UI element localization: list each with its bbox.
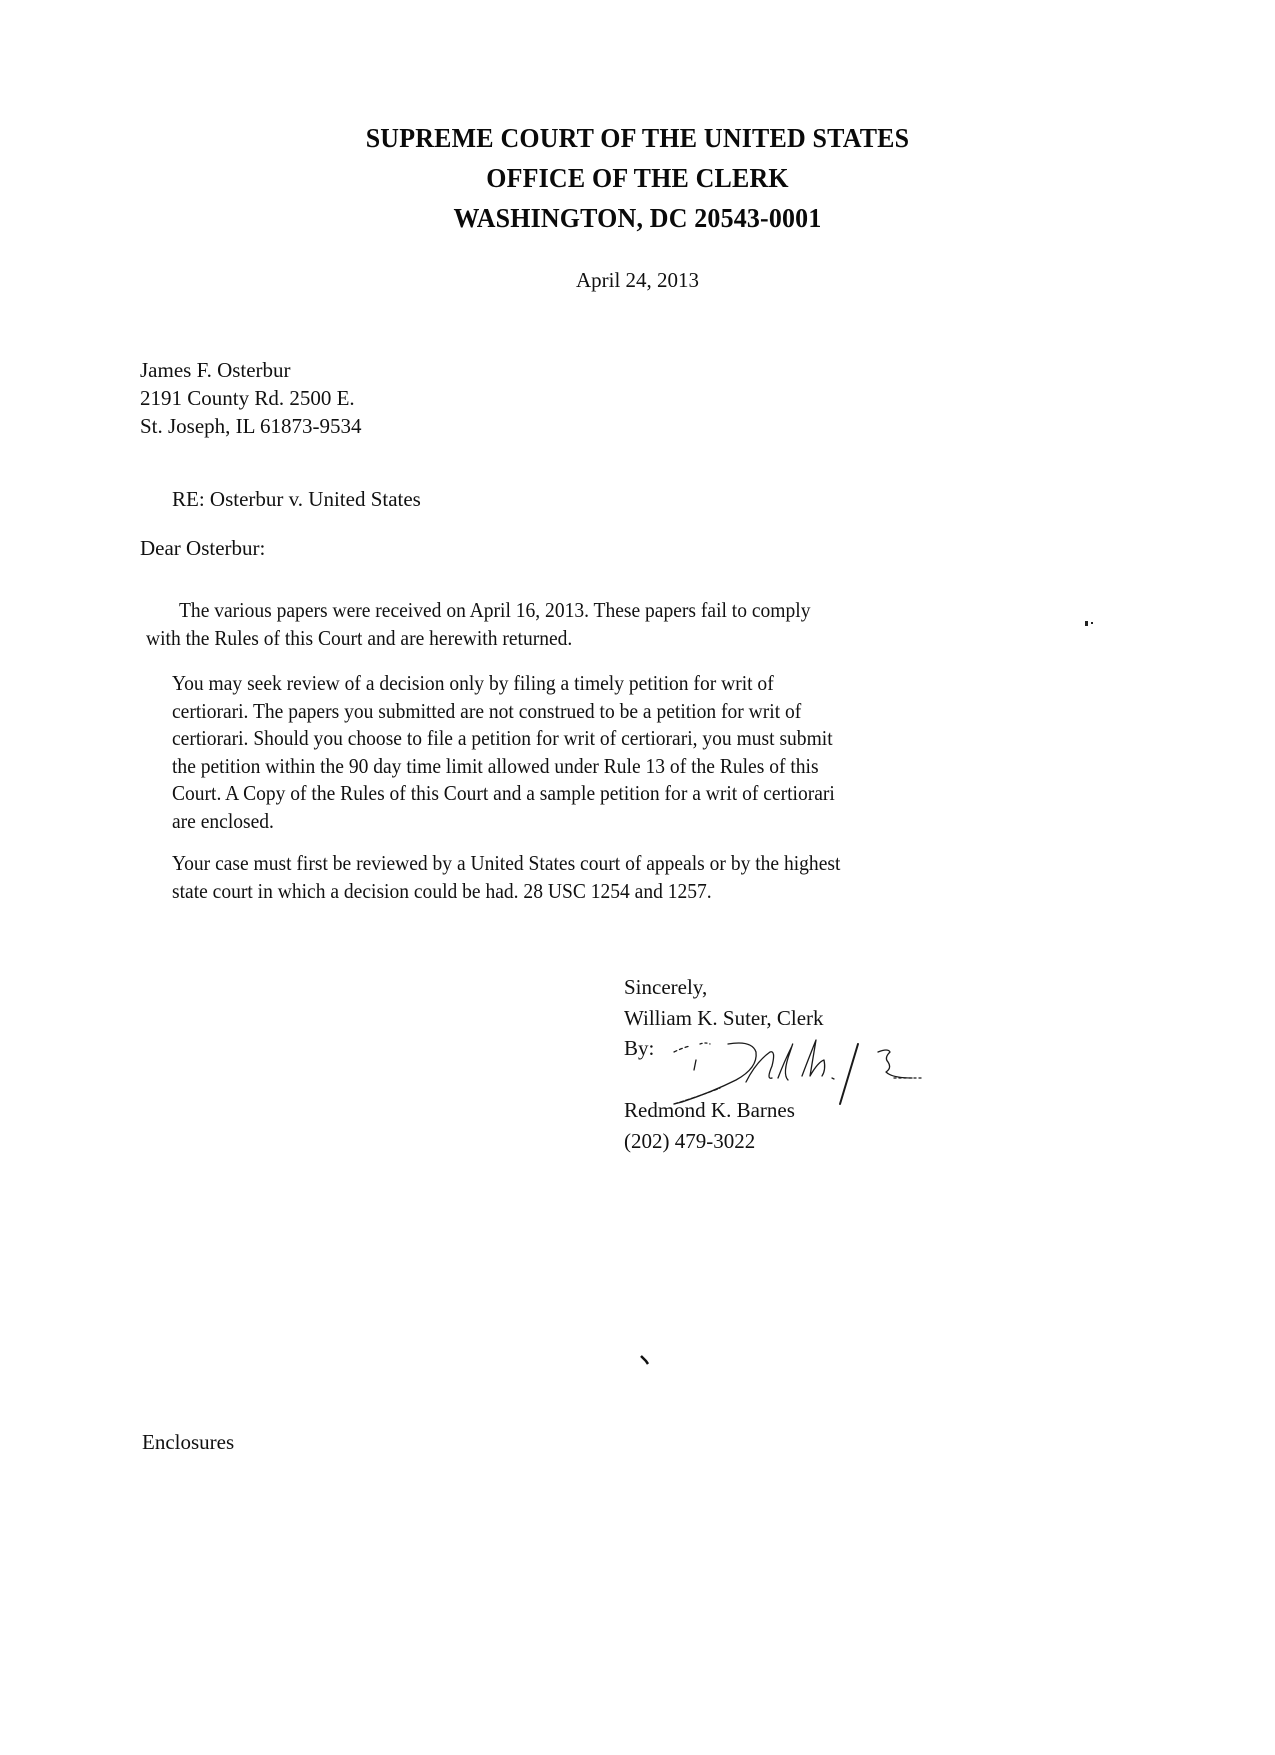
recipient-street: 2191 County Rd. 2500 E. [140,384,361,412]
recipient-city: St. Joseph, IL 61873-9534 [140,412,361,440]
recipient-name: James F. Osterbur [140,356,361,384]
paragraph-line: certiorari. Should you choose to file a … [172,725,833,753]
letter-date: April 24, 2013 [0,268,1275,293]
paragraph-line: state court in which a decision could be… [172,878,712,906]
letterhead-address: WASHINGTON, DC 20543-0001 [26,198,1250,238]
paragraph-line: the petition within the 90 day time limi… [172,753,819,781]
valediction: Sincerely, [624,973,824,1004]
enclosures-note: Enclosures [142,1428,234,1456]
scan-speck-mark [640,1355,650,1365]
paragraph-line: certiorari. The papers you submitted are… [172,698,801,726]
signer-name: Redmond K. Barnes [624,1096,795,1127]
scan-speck-mark [1085,620,1095,628]
signer-block: Redmond K. Barnes (202) 479-3022 [624,1096,795,1157]
paragraph-line: are enclosed. [172,808,274,836]
body-paragraph-2: You may seek review of a decision only b… [172,670,885,835]
paragraph-line: The various papers were received on Apri… [179,596,810,624]
letterhead-court-name: SUPREME COURT OF THE UNITED STATES [26,118,1250,158]
recipient-address: James F. Osterbur 2191 County Rd. 2500 E… [140,356,361,440]
paragraph-line: with the Rules of this Court and are her… [146,624,572,652]
paragraph-line: Your case must first be reviewed by a Un… [172,850,840,878]
salutation: Dear Osterbur: [140,534,265,562]
paragraph-line: Court. A Copy of the Rules of this Court… [172,780,835,808]
paragraph-line: You may seek review of a decision only b… [172,670,774,698]
letterhead: SUPREME COURT OF THE UNITED STATES OFFIC… [0,118,1275,238]
signer-phone: (202) 479-3022 [624,1127,795,1158]
body-paragraph-3: Your case must first be reviewed by a Un… [172,850,891,905]
body-paragraph-1: The various papers were received on Apri… [146,596,1046,652]
letterhead-office: OFFICE OF THE CLERK [26,158,1250,198]
re-line: RE: Osterbur v. United States [172,485,421,513]
